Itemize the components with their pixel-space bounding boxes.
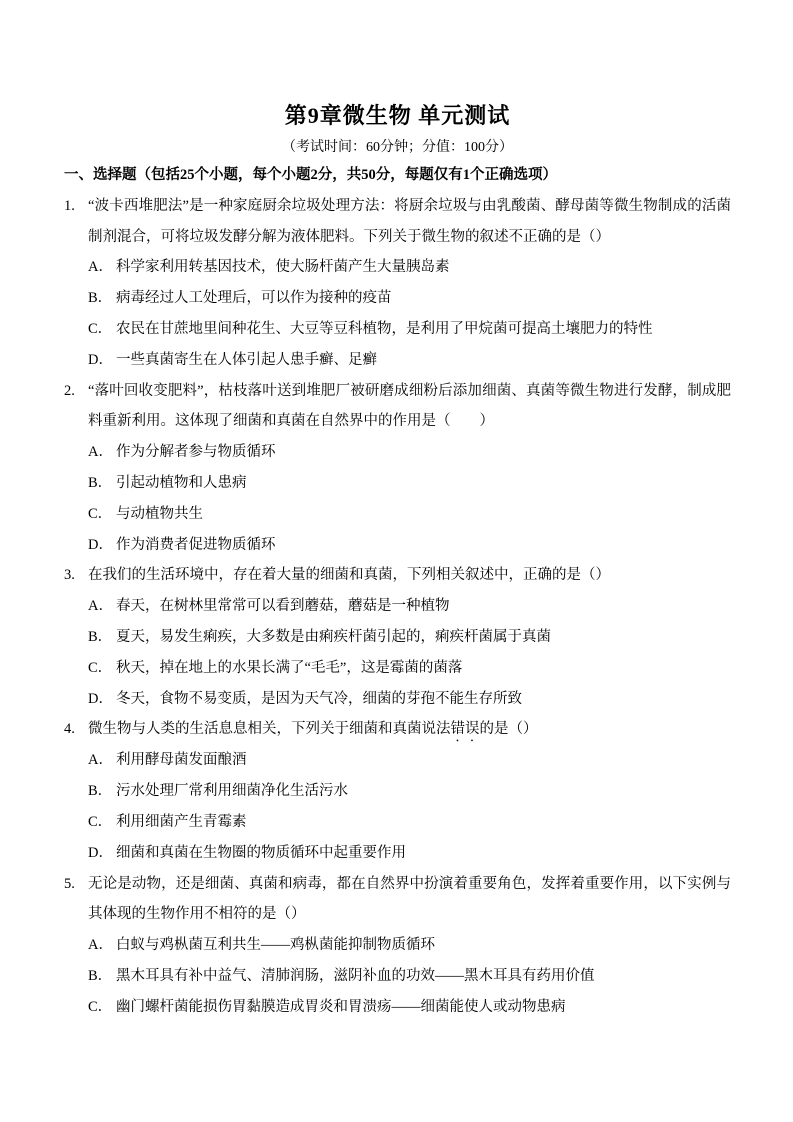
option-label: B．	[88, 776, 116, 807]
option-text: 黑木耳具有补中益气、清肺润肠，滋阴补血的功效——黑木耳具有药用价值	[116, 961, 731, 992]
option-text: 与动植物共生	[116, 499, 731, 530]
question-number: 5.	[64, 869, 88, 931]
option-label: C．	[88, 499, 116, 530]
option-label: D．	[88, 530, 116, 561]
option-text: 农民在甘蔗地里间种花生、大豆等豆科植物，是利用了甲烷菌可提高土壤肥力的特性	[116, 314, 731, 345]
option-d: D． 作为消费者促进物质循环	[64, 530, 731, 561]
option-c: C． 秋天，掉在地上的水果长满了“毛毛”，这是霉菌的菌落	[64, 653, 731, 684]
option-a: A． 春天，在树林里常常可以看到蘑菇，蘑菇是一种植物	[64, 591, 731, 622]
option-a: A． 科学家利用转基因技术，使大肠杆菌产生大量胰岛素	[64, 252, 731, 283]
question-stem: 4. 微生物与人类的生活息息相关，下列关于细菌和真菌说法错误的是（）	[64, 714, 731, 745]
page-title: 第9章微生物 单元测试	[64, 101, 731, 131]
option-a: A． 作为分解者参与物质循环	[64, 437, 731, 468]
option-label: A．	[88, 591, 116, 622]
option-label: C．	[88, 807, 116, 838]
question-stem-text: “波卡西堆肥法”是一种家庭厨余垃圾处理方法：将厨余垃圾与由乳酸菌、酵母菌等微生物…	[88, 191, 731, 253]
option-a: A． 利用酵母菌发面酿酒	[64, 745, 731, 776]
question-stem-text: “落叶回收变肥料”，枯枝落叶送到堆肥厂被研磨成细粉后添加细菌、真菌等微生物进行发…	[88, 376, 731, 438]
option-label: A．	[88, 252, 116, 283]
question-stem: 1. “波卡西堆肥法”是一种家庭厨余垃圾处理方法：将厨余垃圾与由乳酸菌、酵母菌等…	[64, 191, 731, 253]
option-c: C． 利用细菌产生青霉素	[64, 807, 731, 838]
option-c: C． 幽门螺杆菌能损伤胃黏膜造成胃炎和胃溃疡——细菌能使人或动物患病	[64, 992, 731, 1023]
option-label: A．	[88, 437, 116, 468]
option-text: 一些真菌寄生在人体引起人患手癣、足癣	[116, 345, 731, 376]
option-label: D．	[88, 838, 116, 869]
question-number: 1.	[64, 191, 88, 253]
option-label: B．	[88, 622, 116, 653]
option-b: B． 引起动植物和人患病	[64, 468, 731, 499]
document-page: 第9章微生物 单元测试 （考试时间：60分钟；分值：100分） 一、选择题（包括…	[0, 0, 793, 1122]
section-heading: 一、选择题（包括25个小题，每个小题2分，共50分，每题仅有1个正确选项）	[64, 160, 731, 191]
option-a: A． 白蚁与鸡枞菌互利共生——鸡枞菌能抑制物质循环	[64, 930, 731, 961]
question-number: 3.	[64, 560, 88, 591]
question-5: 5. 无论是动物，还是细菌、真菌和病毒，都在自然界中扮演着重要角色，发挥着重要作…	[64, 869, 731, 1023]
question-stem-text: 无论是动物，还是细菌、真菌和病毒，都在自然界中扮演着重要角色，发挥着重要作用，以…	[88, 869, 731, 931]
option-text: 科学家利用转基因技术，使大肠杆菌产生大量胰岛素	[116, 252, 731, 283]
option-text: 秋天，掉在地上的水果长满了“毛毛”，这是霉菌的菌落	[116, 653, 731, 684]
option-label: D．	[88, 345, 116, 376]
option-b: B． 病毒经过人工处理后，可以作为接种的疫苗	[64, 283, 731, 314]
option-text: 利用细菌产生青霉素	[116, 807, 731, 838]
option-text: 作为消费者促进物质循环	[116, 530, 731, 561]
option-label: B．	[88, 283, 116, 314]
option-label: C．	[88, 314, 116, 345]
question-3: 3. 在我们的生活环境中，存在着大量的细菌和真菌，下列相关叙述中，正确的是（） …	[64, 560, 731, 714]
stem-emphasized-word: 错误	[451, 721, 480, 737]
question-number: 4.	[64, 714, 88, 745]
document-content: 第9章微生物 单元测试 （考试时间：60分钟；分值：100分） 一、选择题（包括…	[0, 0, 793, 1023]
option-label: A．	[88, 745, 116, 776]
question-stem-text: 在我们的生活环境中，存在着大量的细菌和真菌，下列相关叙述中，正确的是（）	[88, 560, 731, 591]
option-text: 细菌和真菌在生物圈的物质循环中起重要作用	[116, 838, 731, 869]
exam-info: （考试时间：60分钟；分值：100分）	[64, 135, 731, 160]
option-b: B． 黑木耳具有补中益气、清肺润肠，滋阴补血的功效——黑木耳具有药用价值	[64, 961, 731, 992]
option-text: 冬天，食物不易变质，是因为天气冷，细菌的芽孢不能生存所致	[116, 684, 731, 715]
question-1: 1. “波卡西堆肥法”是一种家庭厨余垃圾处理方法：将厨余垃圾与由乳酸菌、酵母菌等…	[64, 191, 731, 376]
option-label: A．	[88, 930, 116, 961]
option-text: 病毒经过人工处理后，可以作为接种的疫苗	[116, 283, 731, 314]
question-stem: 2. “落叶回收变肥料”，枯枝落叶送到堆肥厂被研磨成细粉后添加细菌、真菌等微生物…	[64, 376, 731, 438]
option-b: B． 夏天，易发生痢疾，大多数是由痢疾杆菌引起的，痢疾杆菌属于真菌	[64, 622, 731, 653]
option-label: C．	[88, 992, 116, 1023]
option-text: 幽门螺杆菌能损伤胃黏膜造成胃炎和胃溃疡——细菌能使人或动物患病	[116, 992, 731, 1023]
option-d: D． 细菌和真菌在生物圈的物质循环中起重要作用	[64, 838, 731, 869]
question-stem-text: 微生物与人类的生活息息相关，下列关于细菌和真菌说法错误的是（）	[88, 714, 731, 745]
question-stem: 5. 无论是动物，还是细菌、真菌和病毒，都在自然界中扮演着重要角色，发挥着重要作…	[64, 869, 731, 931]
option-text: 春天，在树林里常常可以看到蘑菇，蘑菇是一种植物	[116, 591, 731, 622]
option-label: B．	[88, 468, 116, 499]
option-text: 作为分解者参与物质循环	[116, 437, 731, 468]
option-text: 引起动植物和人患病	[116, 468, 731, 499]
stem-segment: 微生物与人类的生活息息相关，下列关于细菌和真菌说法	[88, 721, 451, 737]
question-4: 4. 微生物与人类的生活息息相关，下列关于细菌和真菌说法错误的是（） A． 利用…	[64, 714, 731, 868]
stem-segment: 的是（）	[480, 721, 538, 737]
option-text: 污水处理厂常利用细菌净化生活污水	[116, 776, 731, 807]
option-d: D． 冬天，食物不易变质，是因为天气冷，细菌的芽孢不能生存所致	[64, 684, 731, 715]
option-label: D．	[88, 684, 116, 715]
option-text: 利用酵母菌发面酿酒	[116, 745, 731, 776]
option-d: D． 一些真菌寄生在人体引起人患手癣、足癣	[64, 345, 731, 376]
option-label: C．	[88, 653, 116, 684]
question-stem: 3. 在我们的生活环境中，存在着大量的细菌和真菌，下列相关叙述中，正确的是（）	[64, 560, 731, 591]
question-2: 2. “落叶回收变肥料”，枯枝落叶送到堆肥厂被研磨成细粉后添加细菌、真菌等微生物…	[64, 376, 731, 561]
option-text: 夏天，易发生痢疾，大多数是由痢疾杆菌引起的，痢疾杆菌属于真菌	[116, 622, 731, 653]
option-text: 白蚁与鸡枞菌互利共生——鸡枞菌能抑制物质循环	[116, 930, 731, 961]
option-label: B．	[88, 961, 116, 992]
question-number: 2.	[64, 376, 88, 438]
option-c: C． 与动植物共生	[64, 499, 731, 530]
option-b: B． 污水处理厂常利用细菌净化生活污水	[64, 776, 731, 807]
option-c: C． 农民在甘蔗地里间种花生、大豆等豆科植物，是利用了甲烷菌可提高土壤肥力的特性	[64, 314, 731, 345]
